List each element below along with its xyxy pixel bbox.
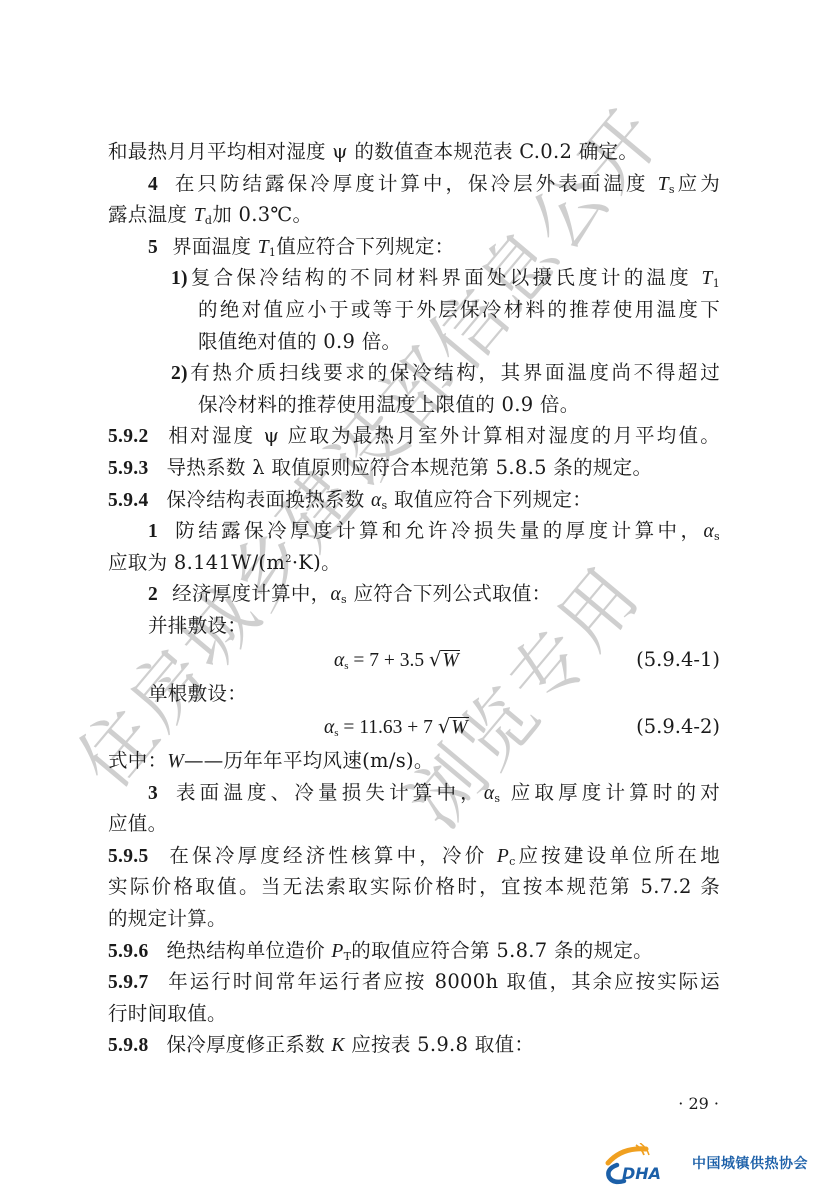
text: 的规定计算。 — [108, 907, 227, 930]
clause-5-9-4-item-3-continuation: 应值。 — [108, 808, 720, 840]
text: 应符合下列公式取值： — [347, 582, 552, 605]
symbol: α — [324, 717, 334, 738]
subitem-1: 1)复合保冷结构的不同材料界面处以摄氏度计的温度 T1 — [108, 262, 720, 294]
text: 和最热月月平均相对湿度 ψ 的数值查本规范表 C.0.2 确定。 — [108, 140, 638, 163]
where-clause: 式中：W——历年年平均风速(m/s)。 — [108, 745, 720, 777]
item-4-continuation: 露点温度 Td加 0.3℃。 — [108, 199, 720, 231]
symbol: α — [704, 521, 715, 542]
parallel-laying-label: 并排敷设： — [108, 610, 720, 642]
text: 应值。 — [108, 812, 167, 835]
subitem-1-line-3: 限值绝对值的 0.9 倍。 — [108, 326, 720, 358]
text: 实际价格取值。当无法索取实际价格时，宜按本规范第 5.7.2 条 — [108, 875, 720, 898]
clause-number: 5.9.3 — [108, 458, 149, 479]
text: ·K)。 — [292, 551, 341, 574]
formula-rhs: = 11.63 + 7 — [339, 717, 438, 738]
text: 保冷材料的推荐使用温度上限值的 0.9 倍。 — [198, 393, 580, 416]
item-number: 2 — [148, 584, 158, 605]
clause-5-9-4-item-3: 3表面温度、冷量损失计算中，αs 应取厚度计算时的对 — [108, 777, 720, 809]
clause-5-9-6: 5.9.6绝热结构单位造价 PT的取值应符合第 5.8.7 条的规定。 — [108, 935, 720, 967]
symbol: T — [258, 237, 269, 258]
text: 单根敷设： — [148, 682, 247, 705]
radicand: W — [441, 650, 459, 671]
text: 界面温度 — [172, 235, 258, 258]
clause-5-9-4-item-2: 2经济厚度计算中，αs 应符合下列公式取值： — [108, 578, 720, 610]
document-body: 和最热月月平均相对湿度 ψ 的数值查本规范表 C.0.2 确定。 4在只防结露保… — [108, 136, 720, 1061]
clause-5-9-3: 5.9.3导热系数 λ 取值原则应符合本规范第 5.8.5 条的规定。 — [108, 452, 720, 484]
item-number: 4 — [148, 174, 158, 195]
logo-abbr: DHA — [622, 1164, 661, 1183]
text: 并排敷设： — [148, 614, 247, 637]
text: ——历年年平均风速(m/s)。 — [184, 749, 434, 772]
clause-number: 5.9.8 — [108, 1035, 149, 1056]
equation-number: (5.9.4-2) — [636, 709, 720, 745]
text: 应按表 5.9.8 取值： — [345, 1033, 534, 1056]
text: 应为 — [675, 172, 720, 195]
sqrt-icon: √ — [429, 648, 441, 671]
formula-expression: αs = 11.63 + 7 √W — [324, 709, 469, 746]
sqrt-icon: √ — [438, 715, 450, 738]
symbol: P — [331, 941, 343, 962]
clause-number: 5.9.7 — [108, 972, 149, 993]
single-laying-label: 单根敷设： — [108, 678, 720, 710]
item-number: 3 — [148, 783, 158, 804]
text: 保冷厚度修正系数 — [167, 1033, 332, 1056]
text: 应按建设单位所在地 — [516, 844, 720, 867]
subitem-number: 2) — [171, 363, 188, 384]
radicand: W — [450, 717, 468, 738]
formula-5-9-4-2: αs = 11.63 + 7 √W (5.9.4-2) — [108, 709, 720, 745]
document-page: 住房城乡建设部信息公开 浏览专用 和最热月月平均相对湿度 ψ 的数值查本规范表 … — [0, 0, 827, 1199]
text: 保冷结构表面换热系数 — [167, 488, 372, 511]
paragraph-continuation: 和最热月月平均相对湿度 ψ 的数值查本规范表 C.0.2 确定。 — [108, 136, 720, 168]
symbol: α — [371, 490, 382, 511]
clause-5-9-2: 5.9.2相对湿度 ψ 应取为最热月室外计算相对湿度的月平均值。 — [108, 420, 720, 452]
clause-5-9-4-item-1: 1防结露保冷厚度计算和允许冷损失量的厚度计算中，αs — [108, 515, 720, 547]
text: 防结露保冷厚度计算和允许冷损失量的厚度计算中， — [172, 519, 703, 542]
symbol: α — [330, 584, 341, 605]
text: 表面温度、冷量损失计算中， — [172, 781, 484, 804]
symbol: T — [194, 205, 205, 226]
text: 行时间取值。 — [108, 1002, 227, 1025]
equation-number: (5.9.4-1) — [636, 642, 720, 678]
text: 复合保冷结构的不同材料界面处以摄氏度计的温度 — [188, 266, 702, 289]
subscript: s — [714, 530, 720, 543]
text: 绝热结构单位造价 — [167, 939, 332, 962]
text: 有热介质扫线要求的保冷结构，其界面温度尚不得超过 — [188, 361, 720, 384]
clause-number: 5.9.4 — [108, 490, 149, 511]
text: 在保冷厚度经济性核算中，冷价 — [167, 844, 497, 867]
text: 的绝对值应小于或等于外层保冷材料的推荐使用温度下 — [198, 298, 720, 321]
superscript: 2 — [285, 554, 292, 565]
symbol: W — [167, 751, 184, 772]
text: 加 0.3℃。 — [212, 203, 312, 226]
logo-text: 中国城镇供热协会 — [692, 1153, 808, 1173]
text: 式中： — [108, 749, 167, 772]
subitem-2-line-2: 保冷材料的推荐使用温度上限值的 0.9 倍。 — [108, 389, 720, 421]
text: 应取为 8.141W/(m — [108, 551, 285, 574]
item-number: 5 — [148, 237, 158, 258]
symbol: α — [334, 650, 344, 671]
subscript: 1 — [713, 277, 720, 290]
clause-5-9-8: 5.9.8保冷厚度修正系数 K 应按表 5.9.8 取值： — [108, 1029, 720, 1061]
text: 值应符合下列规定： — [276, 235, 454, 258]
subitem-number: 1) — [171, 268, 188, 289]
clause-number: 5.9.6 — [108, 941, 149, 962]
clause-5-9-5: 5.9.5在保冷厚度经济性核算中，冷价 Pc应按建设单位所在地 — [108, 840, 720, 872]
symbol: T — [658, 174, 669, 195]
text: 应取厚度计算时的对 — [500, 781, 720, 804]
clause-5-9-7-line-2: 行时间取值。 — [108, 998, 720, 1030]
symbol: P — [497, 846, 509, 867]
text: 在只防结露保冷厚度计算中，保冷层外表面温度 — [172, 172, 658, 195]
subitem-1-line-2: 的绝对值应小于或等于外层保冷材料的推荐使用温度下 — [108, 294, 720, 326]
dha-logo-icon: DHA — [600, 1143, 690, 1188]
text: 的取值应符合第 5.8.7 条的规定。 — [351, 939, 653, 962]
clause-5-9-5-line-3: 的规定计算。 — [108, 903, 720, 935]
text: 年运行时间常年运行者应按 8000h 取值，其余应按实际运 — [167, 970, 721, 993]
clause-5-9-4-item-1-continuation: 应取为 8.141W/(m2·K)。 — [108, 547, 720, 579]
text: 导热系数 λ 取值原则应符合本规范第 5.8.5 条的规定。 — [167, 456, 653, 479]
item-5: 5界面温度 T1值应符合下列规定： — [108, 231, 720, 263]
text: 取值应符合下列规定： — [388, 488, 593, 511]
text: 限值绝对值的 0.9 倍。 — [198, 330, 401, 353]
text: 露点温度 — [108, 203, 194, 226]
symbol: K — [331, 1035, 344, 1056]
clause-number: 5.9.5 — [108, 846, 149, 867]
formula-expression: αs = 7 + 3.5 √W — [334, 642, 460, 679]
clause-5-9-5-line-2: 实际价格取值。当无法索取实际价格时，宜按本规范第 5.7.2 条 — [108, 871, 720, 903]
association-logo: DHA 中国城镇供热协会 — [600, 1143, 810, 1188]
text: 经济厚度计算中， — [172, 582, 330, 605]
item-4: 4在只防结露保冷厚度计算中，保冷层外表面温度 Ts应为 — [108, 168, 720, 200]
subitem-2: 2)有热介质扫线要求的保冷结构，其界面温度尚不得超过 — [108, 357, 720, 389]
page-number: · 29 · — [678, 1094, 719, 1113]
symbol: α — [484, 783, 495, 804]
formula-rhs: = 7 + 3.5 — [349, 650, 430, 671]
clause-5-9-7: 5.9.7年运行时间常年运行者应按 8000h 取值，其余应按实际运 — [108, 966, 720, 998]
clause-number: 5.9.2 — [108, 426, 149, 447]
item-number: 1 — [148, 521, 158, 542]
text: 相对湿度 ψ 应取为最热月室外计算相对湿度的月平均值。 — [167, 424, 721, 447]
symbol: T — [702, 268, 713, 289]
clause-5-9-4: 5.9.4保冷结构表面换热系数 αs 取值应符合下列规定： — [108, 484, 720, 516]
formula-5-9-4-1: αs = 7 + 3.5 √W (5.9.4-1) — [108, 642, 720, 678]
